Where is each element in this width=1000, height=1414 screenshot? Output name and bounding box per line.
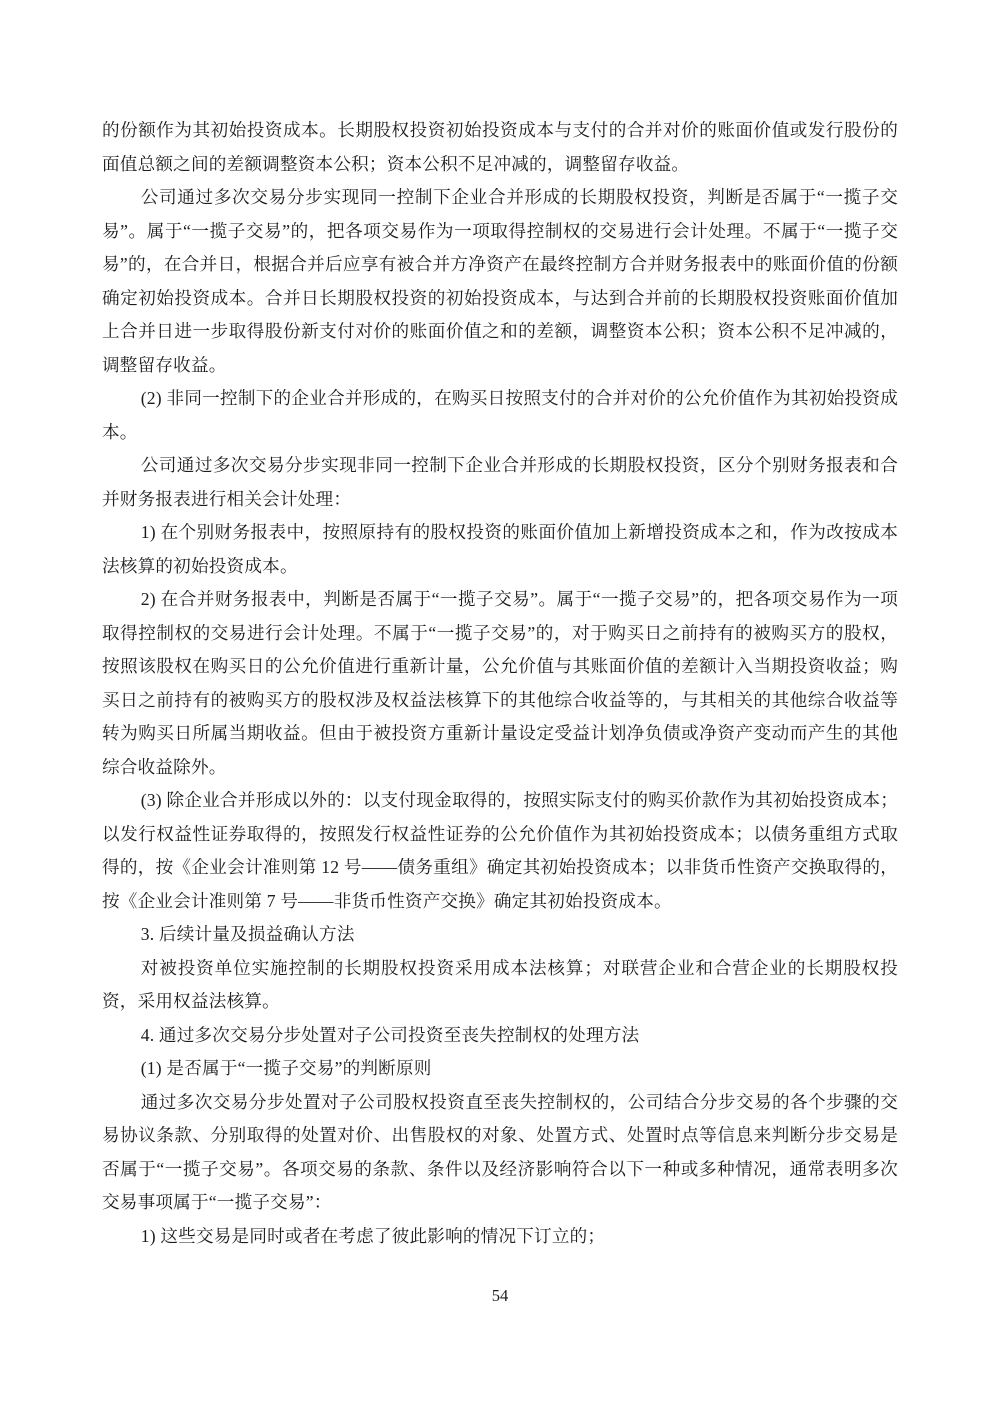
- document-body: 的份额作为其初始投资成本。长期股权投资初始投资成本与支付的合并对价的账面价值或发…: [102, 114, 898, 1253]
- paragraph: 对被投资单位实施控制的长期股权投资采用成本法核算；对联营企业和合营企业的长期股权…: [102, 952, 898, 1019]
- paragraph-subitem-1: 1) 这些交易是同时或者在考虑了彼此影响的情况下订立的；: [102, 1220, 898, 1254]
- paragraph-item-2: (2) 非同一控制下的企业合并形成的，在购买日按照支付的合并对价的公允价值作为其…: [102, 382, 898, 449]
- paragraph-subitem-1: 1) 在个别财务报表中，按照原持有的股权投资的账面价值加上新增投资成本之和，作为…: [102, 516, 898, 583]
- paragraph: 通过多次交易分步处置对子公司股权投资直至丧失控制权的，公司结合分步交易的各个步骤…: [102, 1086, 898, 1220]
- section-heading-3: 3. 后续计量及损益确认方法: [102, 918, 898, 952]
- paragraph-subitem-2: 2) 在合并财务报表中，判断是否属于“一揽子交易”。属于“一揽子交易”的，把各项…: [102, 583, 898, 784]
- page-number: 54: [0, 1286, 1000, 1306]
- paragraph-item-1: (1) 是否属于“一揽子交易”的判断原则: [102, 1052, 898, 1086]
- paragraph: 公司通过多次交易分步实现同一控制下企业合并形成的长期股权投资，判断是否属于“一揽…: [102, 181, 898, 382]
- paragraph-continuation: 的份额作为其初始投资成本。长期股权投资初始投资成本与支付的合并对价的账面价值或发…: [102, 114, 898, 181]
- paragraph-item-3: (3) 除企业合并形成以外的：以支付现金取得的，按照实际支付的购买价款作为其初始…: [102, 784, 898, 918]
- paragraph: 公司通过多次交易分步实现非同一控制下企业合并形成的长期股权投资，区分个别财务报表…: [102, 449, 898, 516]
- document-page: 的份额作为其初始投资成本。长期股权投资初始投资成本与支付的合并对价的账面价值或发…: [0, 0, 1000, 1414]
- section-heading-4: 4. 通过多次交易分步处置对子公司投资至丧失控制权的处理方法: [102, 1019, 898, 1053]
